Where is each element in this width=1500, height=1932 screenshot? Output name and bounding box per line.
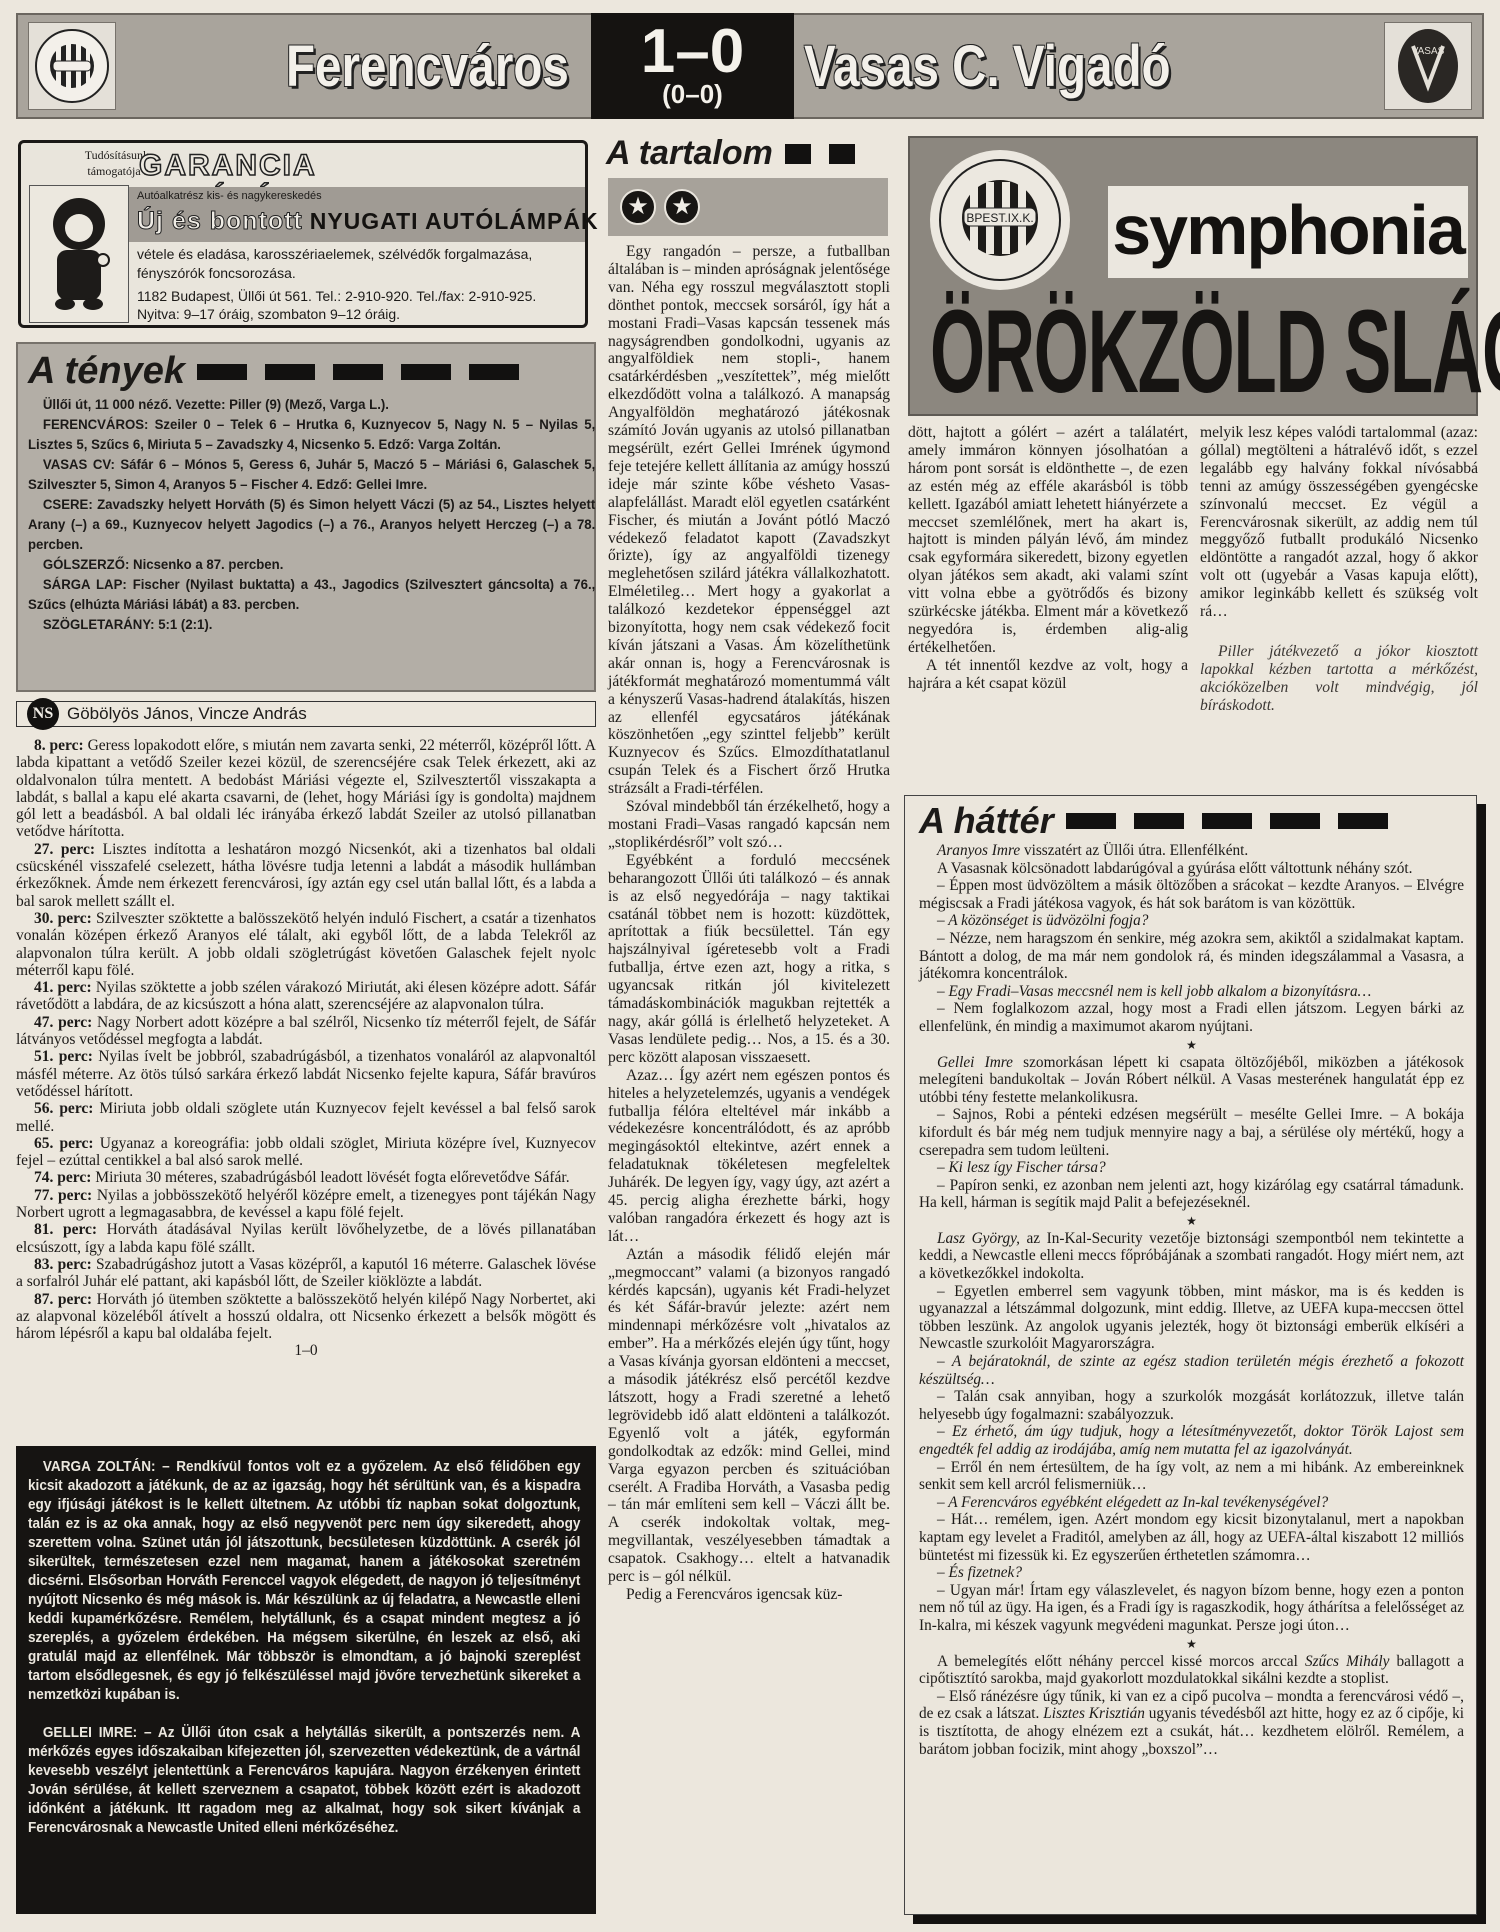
- away-team-name: Vasas C. Vigadó: [804, 33, 1171, 100]
- interview-paragraph: – Sajnos, Robi a pénteki edzésen megsérü…: [919, 1106, 1464, 1159]
- article-paragraph: Azaz… Így azért nem egészen pontos és hi…: [608, 1067, 890, 1246]
- minute-entry: 87. perc: Horváth jó ütemben szöktette a…: [16, 1291, 596, 1343]
- interview-paragraph: Aranyos Imre visszatért az Üllői útra. E…: [919, 842, 1464, 860]
- score-box: 1–0 (0–0): [591, 13, 794, 119]
- minute-entry: 77. perc: Nyilas a jobbösszekötő helyérő…: [16, 1187, 596, 1222]
- minute-entry: 47. perc: Nagy Norbert adott középre a b…: [16, 1014, 596, 1049]
- star-icon: ★: [664, 189, 700, 225]
- content-heading: A tartalom: [606, 134, 855, 173]
- interview-paragraph: Lasz György, az In-Kal-Security vezetője…: [919, 1230, 1464, 1283]
- facts-title: A tények: [28, 350, 185, 393]
- interview-paragraph: – Első ránézésre úgy tűnik, ki van ez a …: [919, 1688, 1464, 1758]
- minute-entry: 51. perc: Nyilas ívelt be jobbról, szaba…: [16, 1048, 596, 1100]
- article-paragraph: Egy rangadón – persze, a futballban álta…: [608, 243, 890, 798]
- facts-venue: Üllői út, 11 000 néző. Vezette: Piller (…: [28, 395, 595, 415]
- sponsor-contact: 1182 Budapest, Üllői út 561. Tel.: 2-910…: [137, 287, 587, 323]
- interview-paragraph: – Éppen most üdvözöltem a másik öltözőbe…: [919, 877, 1464, 912]
- facts-home-lineup: FERENCVÁROS: Szeiler 0 – Telek 6 – Hrutk…: [28, 415, 595, 455]
- interview-paragraph: – Papíron senki, ez azonban nem jelenti …: [919, 1177, 1464, 1212]
- star-separator-icon: ★: [919, 1036, 1464, 1054]
- sponsor-headline-light: Új és bontott: [137, 207, 303, 235]
- interview-question: – A bejáratoknál, de szinte az egész sta…: [919, 1353, 1464, 1388]
- interview-question: – A közönséget is üdvözölni fogja?: [919, 912, 1464, 930]
- facts-yellow-cards: SÁRGA LAP: Fischer (Nyilast buktatta) a …: [28, 575, 595, 615]
- halftime-score: (0–0): [662, 80, 723, 108]
- background-body: Aranyos Imre visszatért az Üllői útra. E…: [919, 842, 1464, 1758]
- interview-question: – Ez érhető, ám úgy tudjuk, hogy a létes…: [919, 1423, 1464, 1458]
- interview-paragraph: – Egyetlen emberrel sem vagyunk többen, …: [919, 1283, 1464, 1353]
- facts-body: Üllői út, 11 000 néző. Vezette: Piller (…: [28, 395, 595, 635]
- feature-headline: ÖRÖKZÖLD SLÁGER: [930, 290, 1500, 414]
- sponsor-ad: Tudósításunk támogatója a GARANCIA AUTÓL…: [18, 140, 588, 328]
- minute-entry: 74. perc: Miriuta 30 méteres, szabadrúgá…: [16, 1169, 596, 1186]
- interview-question: – A Ferencváros egyébként elégedett az I…: [919, 1494, 1464, 1512]
- sponsor-headline: Új és bontott NYUGATI AUTÓLÁMPÁK: [137, 207, 599, 236]
- facts-away-lineup: VASAS CV: Sáfár 6 – Mónos 5, Geress 6, J…: [28, 455, 595, 495]
- home-team-name: Ferencváros: [286, 33, 569, 100]
- sponsor-label: Tudósításunk támogatója a: [59, 147, 149, 179]
- referee-note: Piller játékvezető a jókor kiosztott lap…: [1200, 643, 1478, 715]
- sponsor-label-line2: támogatója a: [59, 163, 149, 179]
- interview-paragraph: A Vasasnak kölcsönadott labdarúgóval a g…: [919, 860, 1464, 878]
- title-bars-decoration: [785, 144, 855, 164]
- facts-heading: A tények: [28, 350, 584, 393]
- match-header-banner: Ferencváros 1–0 (0–0) Vasas C. Vigadó VA…: [16, 13, 1484, 119]
- article-paragraph: Egyébként a forduló meccsének beharangoz…: [608, 852, 890, 1067]
- article-continuation-col2: melyik lesz képes valódi tartalommal (az…: [1200, 424, 1478, 715]
- sponsor-label-line1: Tudósításunk: [59, 147, 149, 163]
- feature-header: BPEST.IX.K. symphonia ÖRÖKZÖLD SLÁGER: [908, 136, 1478, 416]
- content-article: Egy rangadón – persze, a futballban álta…: [608, 243, 890, 1604]
- interview-paragraph: A bemelegítés előtt néhány perccel kissé…: [919, 1653, 1464, 1688]
- title-bars-decoration: [1066, 813, 1388, 829]
- content-title: A tartalom: [606, 134, 773, 173]
- article-paragraph: A tét innentől kezdve az volt, hogy a ha…: [908, 657, 1188, 693]
- background-title: A háttér: [919, 800, 1054, 842]
- interview-question: – És fizetnek?: [919, 1564, 1464, 1582]
- minute-entry: 8. perc: Geress lopakodott előre, s miut…: [16, 737, 596, 841]
- star-icon: ★: [620, 189, 656, 225]
- facts-corners: SZÖGLETARÁNY: 5:1 (2:1).: [28, 615, 595, 635]
- title-bars-decoration: [197, 364, 519, 380]
- sponsor-description: vétele és eladása, karosszériaelemek, sz…: [137, 245, 577, 283]
- article-paragraph: Szóval mindebből tán érzékelhető, hogy a…: [608, 798, 890, 852]
- match-minutes: 8. perc: Geress lopakodott előre, s miut…: [16, 737, 596, 1360]
- interview-question: – Egy Fradi–Vasas meccsnél nem is kell j…: [919, 983, 1464, 1001]
- ftc-crest-icon: BPEST.IX.K.: [930, 150, 1070, 290]
- minute-entry: 27. perc: Lisztes indította a leshatáron…: [16, 841, 596, 910]
- article-paragraph: Pedig a Ferencváros igencsak küz-: [608, 1586, 890, 1604]
- sponsor-address: 1182 Budapest, Üllői út 561. Tel.: 2-910…: [137, 287, 587, 305]
- minute-entry: 56. perc: Miriuta jobb oldali szöglete u…: [16, 1100, 596, 1135]
- facts-box: A tények Üllői út, 11 000 néző. Vezette:…: [16, 342, 596, 692]
- minutes-final-score: 1–0: [16, 1342, 596, 1359]
- interview-paragraph: – Hát… remélem, igen. Azért mondom egy k…: [919, 1511, 1464, 1564]
- article-continuation-col1: dött, hajtott a gólért – azért a találat…: [908, 424, 1188, 693]
- coach-quotes-box: VARGA ZOLTÁN: – Rendkívül fontos volt ez…: [16, 1446, 596, 1914]
- minute-entry: 83. perc: Szabadrúgáshoz jutott a Vasas …: [16, 1256, 596, 1291]
- minute-entry: 41. perc: Nyilas szöktette a jobb szélen…: [16, 979, 596, 1014]
- author-names: Göbölyös János, Vincze András: [67, 704, 307, 724]
- background-heading: A háttér: [919, 800, 1464, 842]
- svg-text:VASAS: VASAS: [1412, 46, 1445, 57]
- rating-band: ★ ★: [608, 178, 888, 236]
- symphonia-brand: symphonia: [1108, 186, 1468, 278]
- article-paragraph: dött, hajtott a gólért – azért a találat…: [908, 424, 1188, 657]
- interview-question: – Ki lesz így Fischer társa?: [919, 1159, 1464, 1177]
- ftc-crest-icon: [28, 22, 116, 110]
- sponsor-subtitle: Autóalkatrész kis- és nagykereskedés: [137, 190, 322, 202]
- minute-entry: 81. perc: Horváth átadásával Nyilas kerü…: [16, 1221, 596, 1256]
- quote-varga: VARGA ZOLTÁN: – Rendkívül fontos volt ez…: [28, 1458, 580, 1705]
- star-separator-icon: ★: [919, 1635, 1464, 1653]
- final-score: 1–0: [641, 24, 744, 80]
- article-paragraph: melyik lesz képes valódi tartalommal (az…: [1200, 424, 1478, 621]
- interview-paragraph: Gellei Imre szomorkásan lépett ki csapat…: [919, 1054, 1464, 1107]
- mascot-icon: [29, 185, 129, 323]
- interview-paragraph: – Erről én nem értesültem, de ha így vol…: [919, 1459, 1464, 1494]
- facts-substitutions: CSERE: Zavadszky helyett Horváth (5) és …: [28, 495, 595, 555]
- byline: NS Göbölyös János, Vincze András: [16, 701, 596, 727]
- interview-paragraph: – Nézze, nem haragszom én senkire, még a…: [919, 930, 1464, 983]
- sponsor-headline-dark: NYUGATI AUTÓLÁMPÁK: [310, 208, 599, 234]
- svg-text:BPEST.IX.K.: BPEST.IX.K.: [966, 211, 1033, 225]
- vasas-crest-icon: VASAS: [1384, 22, 1472, 110]
- ns-logo-icon: NS: [27, 698, 59, 730]
- minute-entry: 30. perc: Szilveszter szöktette a balöss…: [16, 910, 596, 979]
- article-paragraph: Aztán a második félidő elején már „megmo…: [608, 1246, 890, 1586]
- interview-paragraph: – Talán csak annyiban, hogy a szurkolók …: [919, 1388, 1464, 1423]
- minute-entry: 65. perc: Ugyanaz a koreográfia: jobb ol…: [16, 1135, 596, 1170]
- interview-paragraph: – Nem foglalkozom azzal, hogy most a Fra…: [919, 1000, 1464, 1035]
- background-box: A háttér Aranyos Imre visszatért az Üllő…: [904, 795, 1477, 1915]
- quote-gellei: GELLEI IMRE: – Az Üllői úton csak a hely…: [28, 1724, 580, 1838]
- interview-paragraph: – Ugyan már! Írtam egy válaszlevelet, és…: [919, 1582, 1464, 1635]
- star-separator-icon: ★: [919, 1212, 1464, 1230]
- sponsor-hours: Nyitva: 9–17 óráig, szombaton 9–12 óráig…: [137, 305, 587, 323]
- facts-goalscorer: GÓLSZERZŐ: Nicsenko a 87. percben.: [28, 555, 595, 575]
